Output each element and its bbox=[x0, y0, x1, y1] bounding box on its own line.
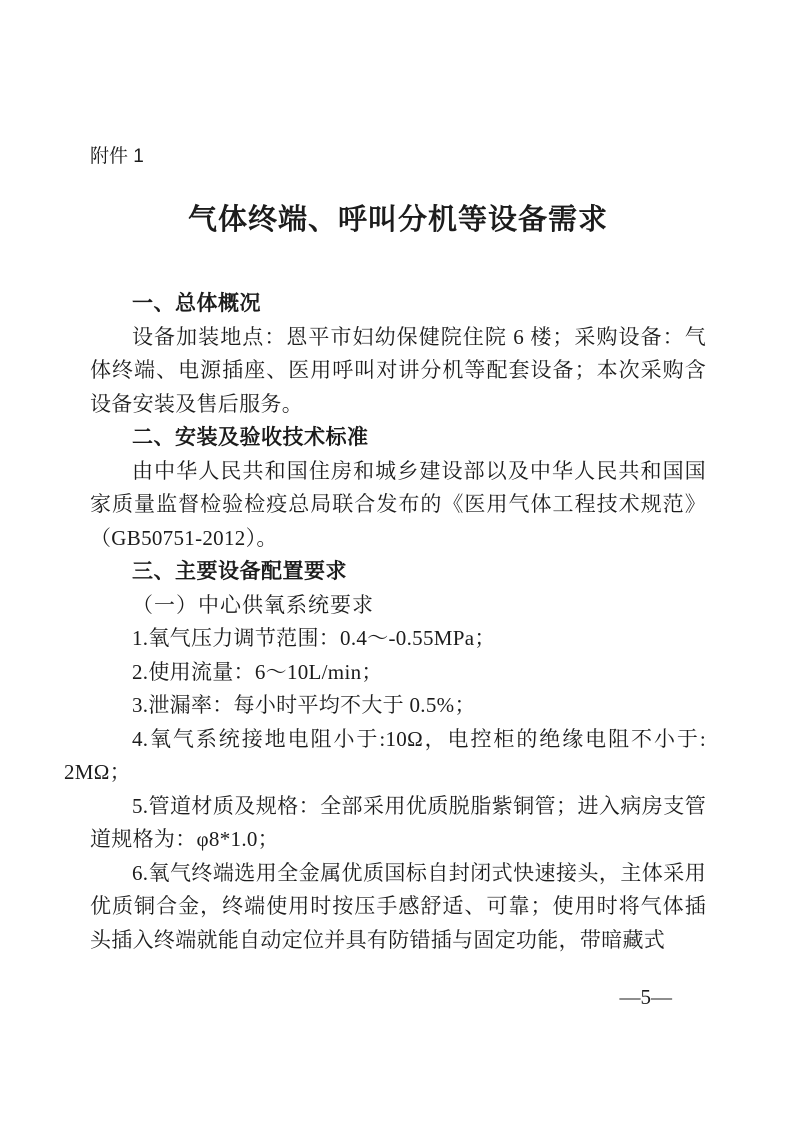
attachment-label: 附件 1 bbox=[90, 145, 706, 169]
subsection-heading-oxygen-system: （一）中心供氧系统要求 bbox=[90, 589, 706, 623]
spec-item-resistance: 4.氧气系统接地电阻小于:10Ω，电控柜的绝缘电阻不小于: 2MΩ； bbox=[64, 723, 706, 790]
section-heading-overview: 一、总体概况 bbox=[90, 287, 706, 321]
page-number: —5— bbox=[620, 985, 673, 1009]
document-page: 附件 1 气体终端、呼叫分机等设备需求 一、总体概况 设备加装地点：恩平市妇幼保… bbox=[0, 0, 794, 1123]
section-heading-standards: 二、安装及验收技术标准 bbox=[90, 421, 706, 455]
document-content: 附件 1 气体终端、呼叫分机等设备需求 一、总体概况 设备加装地点：恩平市妇幼保… bbox=[90, 145, 706, 957]
document-title: 气体终端、呼叫分机等设备需求 bbox=[90, 203, 706, 237]
spec-item-flow-rate: 2.使用流量：6～10L/min； bbox=[90, 656, 706, 690]
document-body: 一、总体概况 设备加装地点：恩平市妇幼保健院住院 6 楼；采购设备：气体终端、电… bbox=[90, 287, 706, 957]
section-heading-equipment-requirements: 三、主要设备配置要求 bbox=[90, 555, 706, 589]
spec-item-pressure-range: 1.氧气压力调节范围：0.4～-0.55MPa； bbox=[90, 622, 706, 656]
overview-paragraph: 设备加装地点：恩平市妇幼保健院住院 6 楼；采购设备：气体终端、电源插座、医用呼… bbox=[90, 321, 706, 422]
standards-paragraph: 由中华人民共和国住房和城乡建设部以及中华人民共和国国家质量监督检验检疫总局联合发… bbox=[90, 455, 706, 556]
spec-item-pipe-material: 5.管道材质及规格：全部采用优质脱脂紫铜管；进入病房支管道规格为：φ8*1.0； bbox=[90, 790, 706, 857]
spec-item-leak-rate: 3.泄漏率：每小时平均不大于 0.5%； bbox=[90, 689, 706, 723]
spec-item-oxygen-terminal: 6.氧气终端选用全金属优质国标自封闭式快速接头，主体采用优质铜合金，终端使用时按… bbox=[90, 857, 706, 958]
